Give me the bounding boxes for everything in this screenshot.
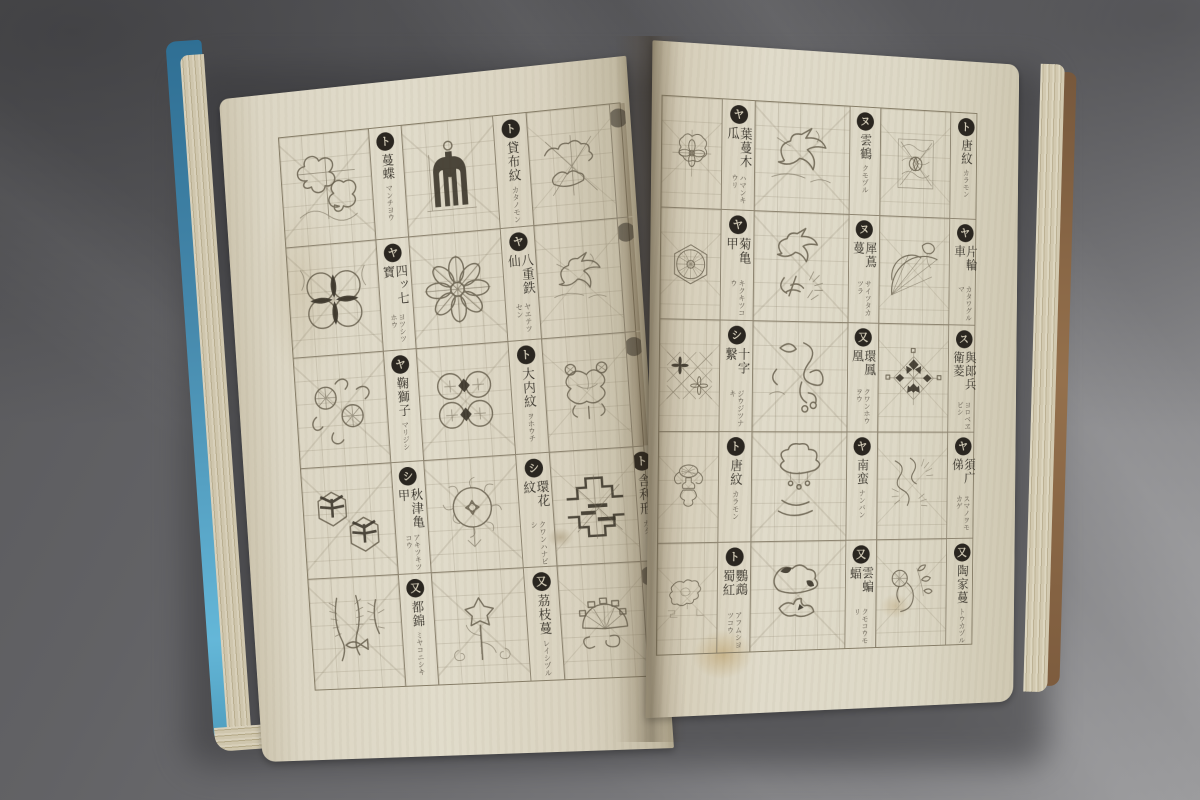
pattern-label: ス與郎兵衛菱ヨロベヱビシ xyxy=(948,326,978,432)
pattern-drawing xyxy=(755,101,851,214)
pattern-name: 唐紋 xyxy=(960,139,972,166)
motif-stepcross-icon xyxy=(555,453,636,559)
motif-peony-icon xyxy=(547,339,628,446)
pattern-drawing xyxy=(431,568,531,684)
pattern-name: 貸布紋 xyxy=(505,140,521,182)
pattern-drawing xyxy=(878,324,949,431)
pattern-label: ヌ犀蔦蔓サイツタカツラ xyxy=(848,215,880,323)
category-mark-icon: 又 xyxy=(854,328,871,347)
motif-crane-icon xyxy=(759,107,844,209)
motif-crosslattice-icon xyxy=(662,325,717,425)
pattern-name: 八重鉄仙 xyxy=(506,253,535,300)
pattern-label: シ十字繋ジウジツナキ xyxy=(720,321,754,431)
motif-sash-icon xyxy=(757,327,842,426)
pattern-drawing xyxy=(661,96,723,209)
pattern-label: ヤ南蛮ナンバン xyxy=(846,432,878,540)
pattern-name: 蔓蝶 xyxy=(380,153,395,181)
pattern-name: 南蛮 xyxy=(856,458,869,485)
pattern-reading: クワンハナビシ xyxy=(529,520,549,566)
pattern-name: 鸚鵡蜀紅 xyxy=(721,569,747,608)
pattern-name: 大内紋 xyxy=(520,367,536,409)
category-mark-icon: シ xyxy=(524,458,544,478)
pattern-drawing xyxy=(750,541,846,652)
pattern-label: ト唐紋カラモン xyxy=(719,432,753,542)
pattern-reading: クワンホウヲウ xyxy=(854,388,870,431)
category-mark-icon: 又 xyxy=(532,572,552,592)
category-mark-icon: 又 xyxy=(406,578,425,597)
pattern-reading: ヲホウチ xyxy=(526,412,536,442)
motif-pomegranate-icon xyxy=(661,437,716,537)
pattern-reading: マリジシ xyxy=(400,421,410,451)
pattern-name: 茘枝蔓 xyxy=(536,594,552,636)
pattern-reading: アキツキツコウ xyxy=(404,534,423,574)
category-mark-icon: ト xyxy=(725,547,743,566)
motif-vineleaf-icon xyxy=(436,574,526,679)
pattern-reading: ヤエテツセン xyxy=(514,303,533,341)
motif-ouchi-icon xyxy=(421,348,510,454)
category-mark-icon: ヤ xyxy=(391,355,410,375)
category-mark-icon: ト xyxy=(726,437,744,456)
pattern-reading: キクキツコウ xyxy=(729,279,746,320)
pattern-name: 葉蔓木瓜 xyxy=(725,126,751,171)
pattern-drawing xyxy=(401,116,501,236)
pattern-drawing xyxy=(301,463,399,579)
pattern-reading: ミヤコニシキ xyxy=(414,631,425,675)
pattern-reading: クモヅル xyxy=(861,164,869,193)
pattern-reading: ヨツシツホウ xyxy=(389,313,408,350)
category-mark-icon: シ xyxy=(728,326,746,345)
pattern-label: ヌ雲鶴クモヅル xyxy=(849,107,881,216)
pattern-row: シ秋津亀甲アキツキツコウシ環花紋クワンハナビシト舎利形ガタ xyxy=(301,447,651,580)
pattern-row: ヤ葉蔓木瓜ハマンキウリヌ雲鶴クモヅルト唐紋カラモン xyxy=(661,96,976,220)
pattern-label: ト鸚鵡蜀紅アフムシヨツコウ xyxy=(718,542,752,653)
category-mark-icon: ト xyxy=(376,131,395,151)
pattern-drawing xyxy=(660,208,722,320)
motif-mokko-icon xyxy=(664,101,719,203)
category-mark-icon: ヌ xyxy=(857,112,874,131)
pattern-reading: アフムシヨツコウ xyxy=(725,611,742,652)
pattern-drawing xyxy=(308,575,406,690)
pattern-label: ト唐紋カラモン xyxy=(951,113,981,220)
motif-vinebutterfly-icon xyxy=(284,135,371,241)
pattern-reading: スマノヲモカゲ xyxy=(955,495,970,537)
pattern-name: 環花紋 xyxy=(521,480,550,518)
pattern-name: 菊亀甲 xyxy=(724,237,750,276)
pattern-reading: カラモン xyxy=(962,169,970,198)
pattern-reading: レイシヅル xyxy=(541,639,552,676)
motif-cloudbat-icon xyxy=(755,546,840,646)
pattern-name: 雲鶴 xyxy=(859,133,872,161)
pattern-name: 十字繋 xyxy=(723,348,749,386)
category-mark-icon: ト xyxy=(958,118,975,137)
pattern-name: 與郎兵衛菱 xyxy=(952,351,976,398)
pattern-name: 須广俤 xyxy=(951,458,975,492)
pattern-reading: カタノモン xyxy=(510,186,521,224)
pattern-drawing xyxy=(286,240,383,357)
motif-cloudscape-icon xyxy=(531,111,612,219)
category-mark-icon: シ xyxy=(398,466,417,486)
motif-wreath-icon xyxy=(429,461,518,566)
pattern-row: 又都錦ミヤコニシキ又茘枝蔓レイシヅル xyxy=(308,561,659,689)
pattern-drawing xyxy=(527,104,618,225)
category-mark-icon: ト xyxy=(501,119,520,139)
motif-fanshell-icon xyxy=(562,568,643,674)
pattern-reading: クモコウモリ xyxy=(852,607,868,648)
pattern-reading: カラモン xyxy=(731,490,739,520)
pattern-row: シ十字繋ジウジツナキ又環鳳凰クワンホウヲウス與郎兵衛菱ヨロベヱビシ xyxy=(659,320,974,433)
motif-arabesque-icon xyxy=(884,114,947,213)
category-mark-icon xyxy=(626,336,644,356)
pattern-reading: カタワグルマ xyxy=(957,285,972,325)
pattern-drawing xyxy=(535,218,626,338)
pattern-drawing xyxy=(752,322,848,431)
category-mark-icon: ヤ xyxy=(729,215,747,234)
motif-hexbugs-icon xyxy=(306,469,393,573)
pattern-drawing xyxy=(542,333,633,452)
pattern-drawing xyxy=(659,320,721,431)
motif-tassel-icon xyxy=(756,437,841,535)
pattern-reading: サイツタカツラ xyxy=(855,280,871,323)
pattern-label: ヤ須广俤スマノヲモカゲ xyxy=(947,432,977,538)
motif-wavespine-icon xyxy=(881,437,944,533)
pattern-drawing xyxy=(279,129,376,247)
pattern-reading: ハマンキウリ xyxy=(730,174,747,210)
pattern-drawing xyxy=(751,432,847,541)
motif-blockman-icon xyxy=(406,122,495,230)
left-page-frame: ト蔓蝶マンチヨウト貸布紋カタノモンヤ四ッ七寶ヨツシツホウヤ八重鉄仙ヤエテツセンヤ… xyxy=(278,102,660,690)
pattern-drawing xyxy=(876,539,947,647)
pattern-name: 環鳳凰 xyxy=(850,350,875,385)
pattern-reading: マンチヨウ xyxy=(384,184,394,221)
motif-halfwheel-icon xyxy=(883,222,946,320)
pattern-name: 犀蔦蔓 xyxy=(851,241,876,276)
pattern-reading: ジウジツナキ xyxy=(728,390,745,431)
category-mark-icon: ヤ xyxy=(957,224,974,243)
motif-circlesuns-icon xyxy=(298,358,385,463)
pattern-name: 四ッ七寶 xyxy=(381,264,409,311)
pattern-label: ヤ葉蔓木瓜ハマンキウリ xyxy=(722,99,756,210)
pattern-name: 雲蝙蝠 xyxy=(848,566,873,604)
pattern-drawing xyxy=(877,432,948,539)
pattern-name: 陶家蔓 xyxy=(956,564,968,604)
motif-beastpine-icon xyxy=(758,217,843,317)
category-mark-icon: ス xyxy=(956,330,973,348)
pattern-name: 秋津亀甲 xyxy=(396,488,424,531)
pattern-drawing xyxy=(658,432,720,543)
category-mark-icon: ヤ xyxy=(509,232,528,252)
right-page: ヤ葉蔓木瓜ハマンキウリヌ雲鶴クモヅルト唐紋カラモンヤ菊亀甲キクキツコウヌ犀蔦蔓サ… xyxy=(646,40,1020,718)
pattern-drawing xyxy=(424,455,524,572)
category-mark-icon: ヤ xyxy=(853,437,870,455)
pattern-drawing xyxy=(880,108,951,218)
category-mark-icon: ト xyxy=(516,345,536,365)
motif-kikuball-icon xyxy=(663,213,718,314)
category-mark-icon xyxy=(618,222,636,243)
category-mark-icon xyxy=(610,108,628,129)
pattern-reading: トウカヅル xyxy=(957,608,965,644)
book: ト蔓蝶マンチヨウト貸布紋カタノモンヤ四ッ七寶ヨツシツホウヤ八重鉄仙ヤエテツセンヤ… xyxy=(170,14,1058,792)
category-mark-icon: ヤ xyxy=(383,243,402,263)
motif-spray-icon xyxy=(880,544,943,641)
right-page-frame: ヤ葉蔓木瓜ハマンキウリヌ雲鶴クモヅルト唐紋カラモンヤ菊亀甲キクキツコウヌ犀蔦蔓サ… xyxy=(656,95,977,656)
pattern-label: ヤ菊亀甲キクキツコウ xyxy=(721,210,755,321)
pattern-label: 又陶家蔓トウカヅル xyxy=(946,538,976,644)
pattern-label: 又環鳳凰クワンホウヲウ xyxy=(847,324,879,432)
motif-willow-icon xyxy=(313,581,400,684)
motif-flower8-icon xyxy=(414,235,503,342)
pattern-reading: ナンバン xyxy=(857,489,865,518)
category-mark-icon: ヤ xyxy=(955,437,972,455)
pattern-drawing xyxy=(879,216,950,324)
pattern-drawing xyxy=(657,543,719,655)
category-mark-icon: ヌ xyxy=(855,220,872,239)
motif-arrowdiamond-icon xyxy=(882,330,945,426)
pattern-row: ト唐紋カラモンヤ南蛮ナンバンヤ須广俤スマノヲモカゲ xyxy=(658,432,973,544)
left-page: ト蔓蝶マンチヨウト貸布紋カタノモンヤ四ッ七寶ヨツシツホウヤ八重鉄仙ヤエテツセンヤ… xyxy=(219,56,674,762)
pattern-drawing xyxy=(294,352,391,469)
category-mark-icon: 又 xyxy=(954,543,971,561)
pattern-drawing xyxy=(754,211,850,322)
pattern-row: ヤ菊亀甲キクキツコウヌ犀蔦蔓サイツタカツラヤ片輪車カタワグルマ xyxy=(660,208,975,326)
motif-brocademap-icon xyxy=(660,548,715,649)
motif-shippo-icon xyxy=(291,246,378,352)
pattern-name: 唐紋 xyxy=(729,458,742,486)
category-mark-icon: ヤ xyxy=(730,105,748,125)
pattern-name: 鞠獅子 xyxy=(395,376,410,418)
pattern-reading: ヨロベヱビシ xyxy=(956,402,971,432)
pattern-drawing xyxy=(409,229,509,348)
pattern-row: ト鸚鵡蜀紅アフムシヨツコウ又雲蝙蝠クモコウモリ又陶家蔓トウカヅル xyxy=(657,538,973,654)
pattern-drawing xyxy=(558,562,650,679)
pattern-name: 都錦 xyxy=(410,600,425,628)
pattern-drawing xyxy=(550,447,641,565)
pattern-label: ヤ片輪車カタワグルマ xyxy=(949,219,979,325)
motif-crane-icon xyxy=(539,225,620,333)
category-mark-icon: 又 xyxy=(852,545,869,564)
pattern-drawing xyxy=(416,342,516,460)
pattern-name: 片輪車 xyxy=(953,245,977,282)
pattern-label: 又雲蝙蝠クモコウモリ xyxy=(845,540,877,648)
